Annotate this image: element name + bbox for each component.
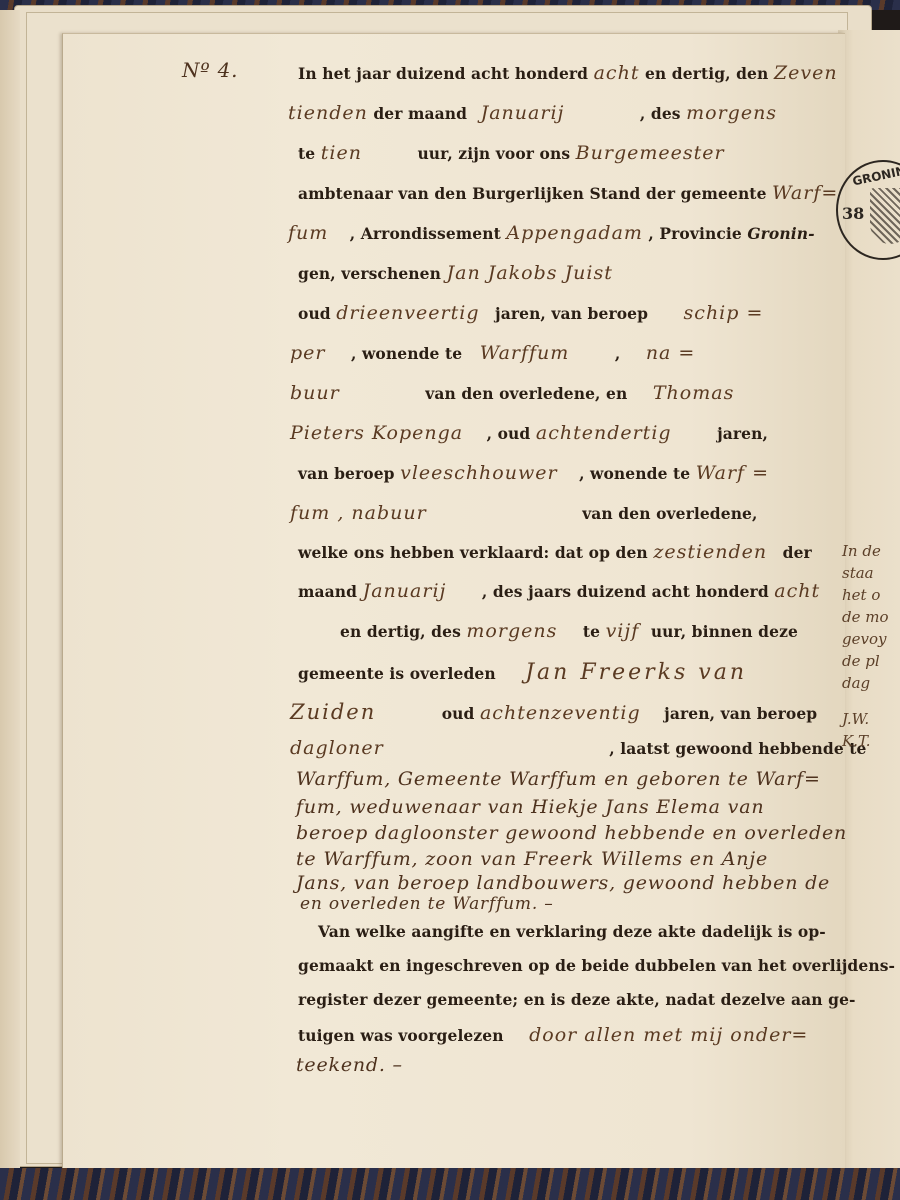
record-line-7: oud drieenveertig jaren, van beroep schi…: [298, 302, 763, 324]
handwritten-line-1: Warffum, Gemeente Warffum en geboren te …: [296, 768, 821, 790]
record-line-5: fum , Arrondissement Appengadam , Provin…: [288, 222, 815, 244]
handwritten-line-5: Jans, van beroep landbouwers, gewoond he…: [296, 872, 830, 894]
handwritten-text: fum , nabuur: [290, 502, 427, 524]
record-line-8: per , wonende te Warffum , na =: [290, 342, 695, 364]
handwritten-text: Warf=: [772, 182, 838, 204]
handwritten-text: na =: [646, 342, 696, 364]
handwritten-text: Januarij: [363, 580, 447, 602]
printed-text: uur, binnen deze: [651, 622, 798, 641]
handwritten-text: Jan Jakobs Juist: [447, 262, 613, 284]
note-line: de mo: [842, 606, 889, 628]
handwritten-text: acht: [594, 62, 640, 84]
record-line-9: buur van den overledene, en Thomas: [290, 382, 734, 404]
printed-text: der: [783, 543, 812, 562]
note-line: het o: [842, 584, 889, 606]
printed-text: van den overledene, en: [425, 384, 627, 403]
handwritten-text: Thomas: [653, 382, 734, 404]
handwritten-text: achtenzeventig: [480, 702, 641, 724]
printed-text: en dertig, den: [645, 64, 768, 83]
handwritten-text: buur: [290, 382, 340, 404]
record-line-4: ambtenaar van den Burgerlijken Stand der…: [298, 182, 838, 204]
note-line: In de: [842, 540, 889, 562]
handwritten-text: per: [290, 342, 326, 364]
handwritten-text: vleeschhouwer: [400, 462, 557, 484]
handwritten-text: vijf: [606, 620, 640, 642]
handwritten-text: Burgemeester: [576, 142, 725, 164]
record-line-13: welke ons hebben verklaard: dat op den z…: [298, 541, 812, 563]
handwritten-text: Zuiden: [290, 700, 376, 724]
handwritten-text: tien: [321, 142, 362, 164]
handwritten-text: Zeven: [774, 62, 838, 84]
handwritten-text: dagloner: [290, 737, 384, 759]
handwritten-text: zestienden: [653, 541, 767, 563]
handwritten-text: Pieters Kopenga: [290, 422, 463, 444]
closing-line-3: register dezer gemeente; en is deze akte…: [298, 990, 856, 1009]
record-line-10: Pieters Kopenga , oud achtendertig jaren…: [290, 422, 768, 444]
stamp-number: 38: [842, 204, 864, 223]
handwritten-text: Warffum: [480, 342, 570, 364]
printed-text: gen, verschenen: [298, 264, 441, 283]
facing-page-note: In de staa het o de mo gevoy de pl dag J…: [842, 540, 889, 752]
handwritten-text: Warf =: [696, 462, 769, 484]
handwritten-text: morgens: [466, 620, 557, 642]
closing-line-1: Van welke aangifte en verklaring deze ak…: [318, 922, 826, 941]
printed-text: , wonende te: [579, 464, 690, 483]
printed-text: welke ons hebben verklaard: dat op den: [298, 543, 648, 562]
note-line: de pl: [842, 650, 889, 672]
entry-number: Nº 4.: [182, 58, 238, 82]
printed-text: te: [298, 144, 315, 163]
book-spine: [0, 10, 20, 1170]
printed-text: van den overledene,: [582, 504, 757, 523]
note-line: J.W.: [842, 708, 889, 730]
closing-line-5: teekend. –: [296, 1054, 403, 1076]
closing-line-4: tuigen was voorgelezen door allen met mi…: [298, 1024, 808, 1046]
printed-text: , Arrondissement: [350, 224, 501, 243]
printed-text: , Provincie: [648, 224, 741, 243]
record-line-12: fum , nabuur van den overledene,: [290, 502, 758, 524]
printed-text: ambtenaar van den Burgerlijken Stand der…: [298, 184, 767, 203]
handwritten-text: schip =: [684, 302, 764, 324]
handwritten-text: morgens: [686, 102, 777, 124]
handwritten-line-6: en overleden te Warffum. –: [300, 894, 554, 914]
printed-text: , laatst gewoond hebbende te: [609, 739, 866, 758]
handwritten-text: fum: [288, 222, 328, 244]
printed-text: ,: [615, 344, 621, 363]
record-line-16: gemeente is overleden Jan Freerks van: [298, 660, 747, 685]
printed-text: maand: [298, 582, 357, 601]
printed-text: gemeente is overleden: [298, 664, 496, 683]
printed-text: uur, zijn voor ons: [417, 144, 570, 163]
record-line-6: gen, verschenen Jan Jakobs Juist: [298, 262, 613, 284]
handwritten-text: tienden: [288, 102, 368, 124]
handwritten-line-4: te Warffum, zoon van Freerk Willems en A…: [296, 848, 768, 870]
note-line: K.T.: [842, 730, 889, 752]
note-line: gevoy: [842, 628, 889, 650]
printed-text: jaren, van beroep: [495, 304, 648, 323]
closing-line-2: gemaakt en ingeschreven op de beide dubb…: [298, 956, 895, 975]
printed-text: , oud: [487, 424, 531, 443]
printed-text: der maand: [373, 104, 467, 123]
printed-italic-text: Gronin-: [747, 224, 814, 243]
printed-text: jaren, van beroep: [664, 704, 817, 723]
printed-text: van beroep: [298, 464, 395, 483]
handwritten-text: achtendertig: [536, 422, 672, 444]
handwritten-text: acht: [774, 580, 820, 602]
record-line-3: te tien uur, zijn voor ons Burgemeester: [298, 142, 725, 164]
handwritten-text: door allen met mij onder=: [529, 1024, 808, 1046]
note-line: staa: [842, 562, 889, 584]
handwritten-line-3: beroep dagloonster gewoond hebbende en o…: [296, 822, 847, 844]
record-line-15: en dertig, des morgens te vijf uur, binn…: [340, 620, 798, 642]
printed-text: oud: [298, 304, 331, 323]
printed-text: tuigen was voorgelezen: [298, 1026, 504, 1045]
printed-text: , des: [640, 104, 681, 123]
handwritten-text: Appengadam: [506, 222, 643, 244]
record-line-18: dagloner , laatst gewoond hebbende te: [290, 737, 867, 759]
record-line-11: van beroep vleeschhouwer , wonende te Wa…: [298, 462, 769, 484]
record-line-1: In het jaar duizend acht honderd acht en…: [298, 62, 838, 84]
book-cover-bottom: [0, 1168, 900, 1200]
printed-text: en dertig, des: [340, 622, 461, 641]
printed-text: , wonende te: [351, 344, 462, 363]
handwritten-text: Jan Freerks van: [525, 660, 747, 685]
printed-text: In het jaar duizend acht honderd: [298, 64, 588, 83]
record-line-14: maand Januarij , des jaars duizend acht …: [298, 580, 820, 602]
printed-text: oud: [442, 704, 475, 723]
handwritten-text: drieenveertig: [336, 302, 479, 324]
printed-text: jaren,: [717, 424, 768, 443]
printed-text: te: [583, 622, 600, 641]
record-line-2: tienden der maand Januarij , des morgens: [288, 102, 777, 124]
printed-text: , des jaars duizend acht honderd: [482, 582, 769, 601]
note-line: dag: [842, 672, 889, 694]
handwritten-line-2: fum, weduwenaar van Hiekje Jans Elema va…: [296, 796, 764, 818]
record-line-17: Zuiden oud achtenzeventig jaren, van ber…: [290, 700, 817, 724]
crest-icon: [870, 188, 900, 244]
handwritten-text: Januarij: [481, 102, 565, 124]
